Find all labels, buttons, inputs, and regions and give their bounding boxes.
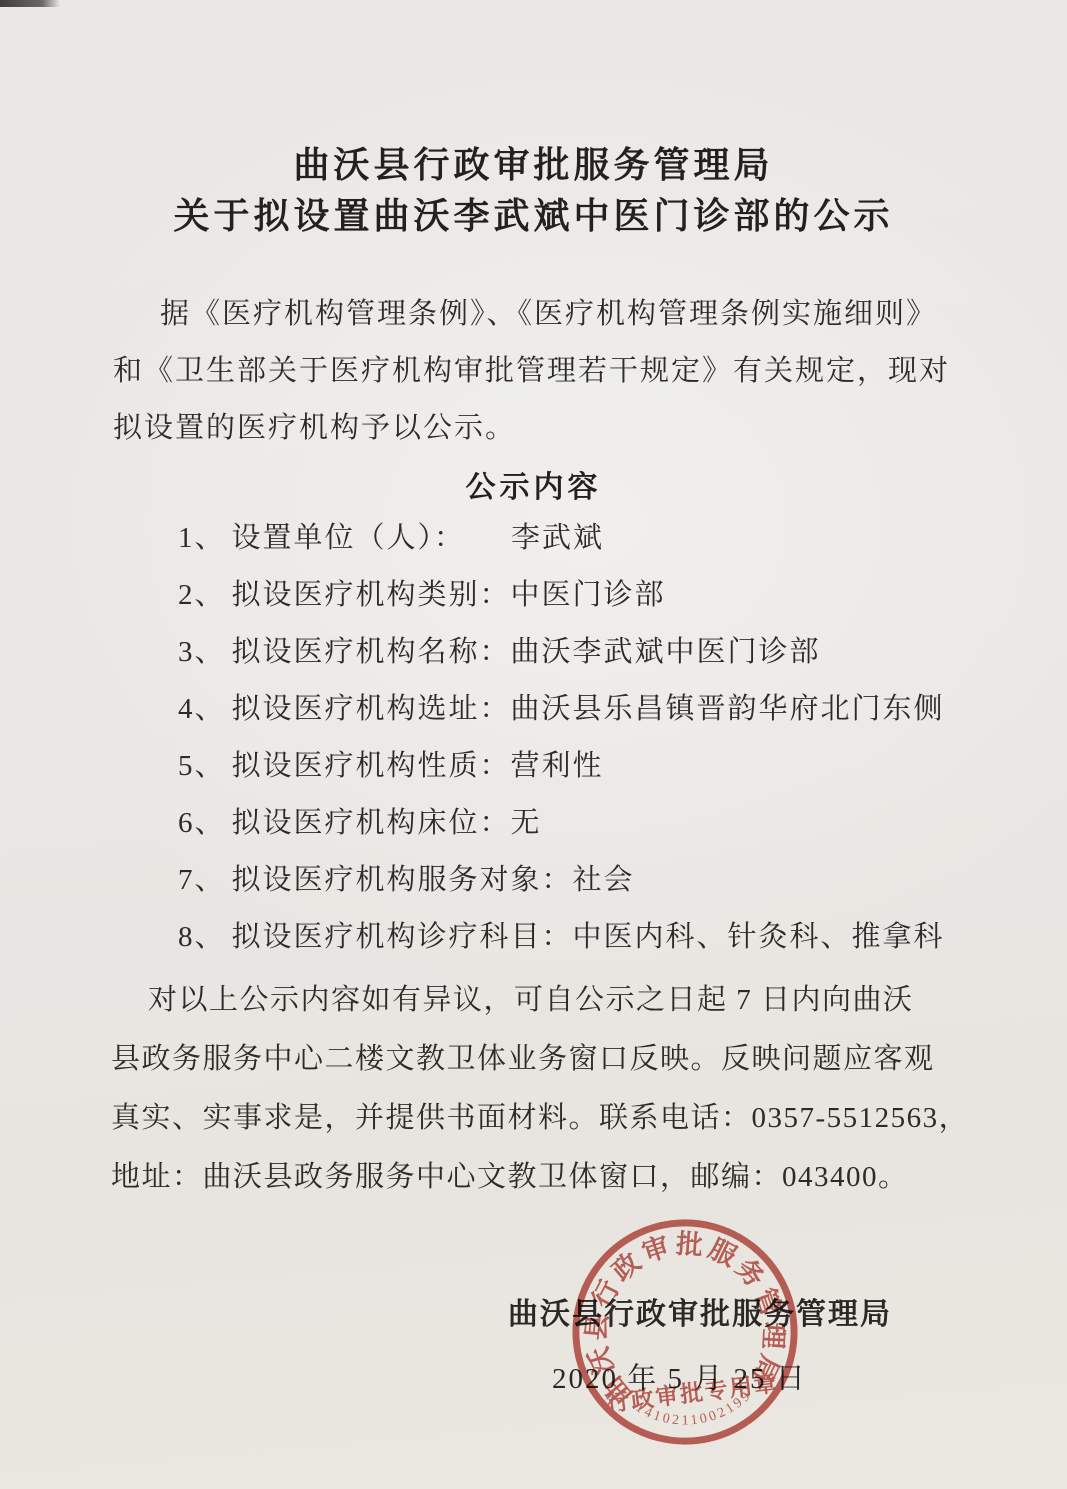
item-label: 拟设医疗机构诊疗科目：	[232, 921, 573, 953]
official-seal: 曲沃县行政审批服务管理局 行政审批专用章 1410211002199	[552, 1199, 817, 1464]
item-number: 6、	[178, 807, 226, 839]
list-item: 2、拟设医疗机构类别：中医门诊部	[178, 567, 945, 624]
seal-center-text: 行政审批专用章	[605, 1369, 780, 1416]
item-value: 李武斌	[511, 522, 604, 554]
intro-line: 和《卫生部关于医疗机构审批管理若干规定》有关规定，现对	[113, 343, 958, 400]
item-value: 营利性	[511, 750, 604, 782]
closing-line: 对以上公示内容如有异议，可自公示之日起 7 日内向曲沃	[111, 971, 961, 1030]
item-label: 拟设医疗机构类别：	[232, 579, 511, 611]
intro-paragraph: 据《医疗机构管理条例》、《医疗机构管理条例实施细则》 和《卫生部关于医疗机构审批…	[113, 286, 958, 457]
item-label: 拟设医疗机构床位：	[232, 807, 511, 839]
item-label: 拟设医疗机构选址：	[232, 693, 511, 725]
item-number: 8、	[178, 921, 226, 953]
intro-line: 拟设置的医疗机构予以公示。	[113, 400, 958, 457]
item-number: 2、	[178, 579, 226, 611]
intro-line: 据《医疗机构管理条例》、《医疗机构管理条例实施细则》	[113, 286, 958, 343]
item-label: 拟设医疗机构名称：	[232, 636, 511, 668]
notice-items-list: 1、设置单位（人）：李武斌 2、拟设医疗机构类别：中医门诊部 3、拟设医疗机构名…	[178, 510, 945, 966]
item-value: 无	[511, 807, 542, 839]
item-number: 7、	[178, 864, 226, 896]
official-seal-graphic: 曲沃县行政审批服务管理局 行政审批专用章 1410211002199	[552, 1199, 817, 1464]
list-item: 1、设置单位（人）：李武斌	[178, 510, 945, 567]
item-number: 5、	[178, 750, 226, 782]
item-label: 拟设医疗机构性质：	[232, 750, 511, 782]
item-value: 曲沃李武斌中医门诊部	[511, 636, 821, 668]
item-number: 3、	[178, 636, 226, 668]
scanned-document-page: 曲沃县行政审批服务管理局 关于拟设置曲沃李武斌中医门诊部的公示 据《医疗机构管理…	[0, 0, 1067, 1489]
item-label: 设置单位（人）：	[232, 522, 466, 554]
list-item: 5、拟设医疗机构性质：营利性	[178, 738, 945, 795]
closing-line: 地址：曲沃县政务服务中心文教卫体窗口，邮编：043400。	[111, 1148, 961, 1207]
closing-line: 真实、实事求是，并提供书面材料。联系电话：0357-5512563，	[111, 1089, 961, 1148]
item-value: 中医门诊部	[511, 579, 666, 611]
item-label: 拟设医疗机构服务对象：	[232, 864, 573, 896]
list-item: 4、拟设医疗机构选址：曲沃县乐昌镇晋韵华府北门东侧	[178, 681, 945, 738]
section-heading: 公示内容	[0, 462, 1067, 506]
list-item: 8、拟设医疗机构诊疗科目：中医内科、针灸科、推拿科	[178, 909, 945, 966]
item-number: 1、	[178, 522, 226, 554]
list-item: 7、拟设医疗机构服务对象：社会	[178, 852, 945, 909]
item-number: 4、	[178, 693, 226, 725]
list-item: 6、拟设医疗机构床位：无	[178, 795, 945, 852]
scan-edge-artifact	[0, 0, 60, 7]
closing-line: 县政务服务中心二楼文教卫体业务窗口反映。反映问题应客观	[111, 1030, 961, 1089]
item-value: 社会	[573, 864, 635, 896]
list-item: 3、拟设医疗机构名称：曲沃李武斌中医门诊部	[178, 624, 945, 681]
item-value: 曲沃县乐昌镇晋韵华府北门东侧	[511, 693, 945, 725]
document-title-org: 曲沃县行政审批服务管理局	[0, 137, 1067, 188]
document-title-subject: 关于拟设置曲沃李武斌中医门诊部的公示	[0, 188, 1067, 239]
item-value: 中医内科、针灸科、推拿科	[573, 921, 945, 953]
closing-paragraph: 对以上公示内容如有异议，可自公示之日起 7 日内向曲沃 县政务服务中心二楼文教卫…	[111, 971, 961, 1207]
